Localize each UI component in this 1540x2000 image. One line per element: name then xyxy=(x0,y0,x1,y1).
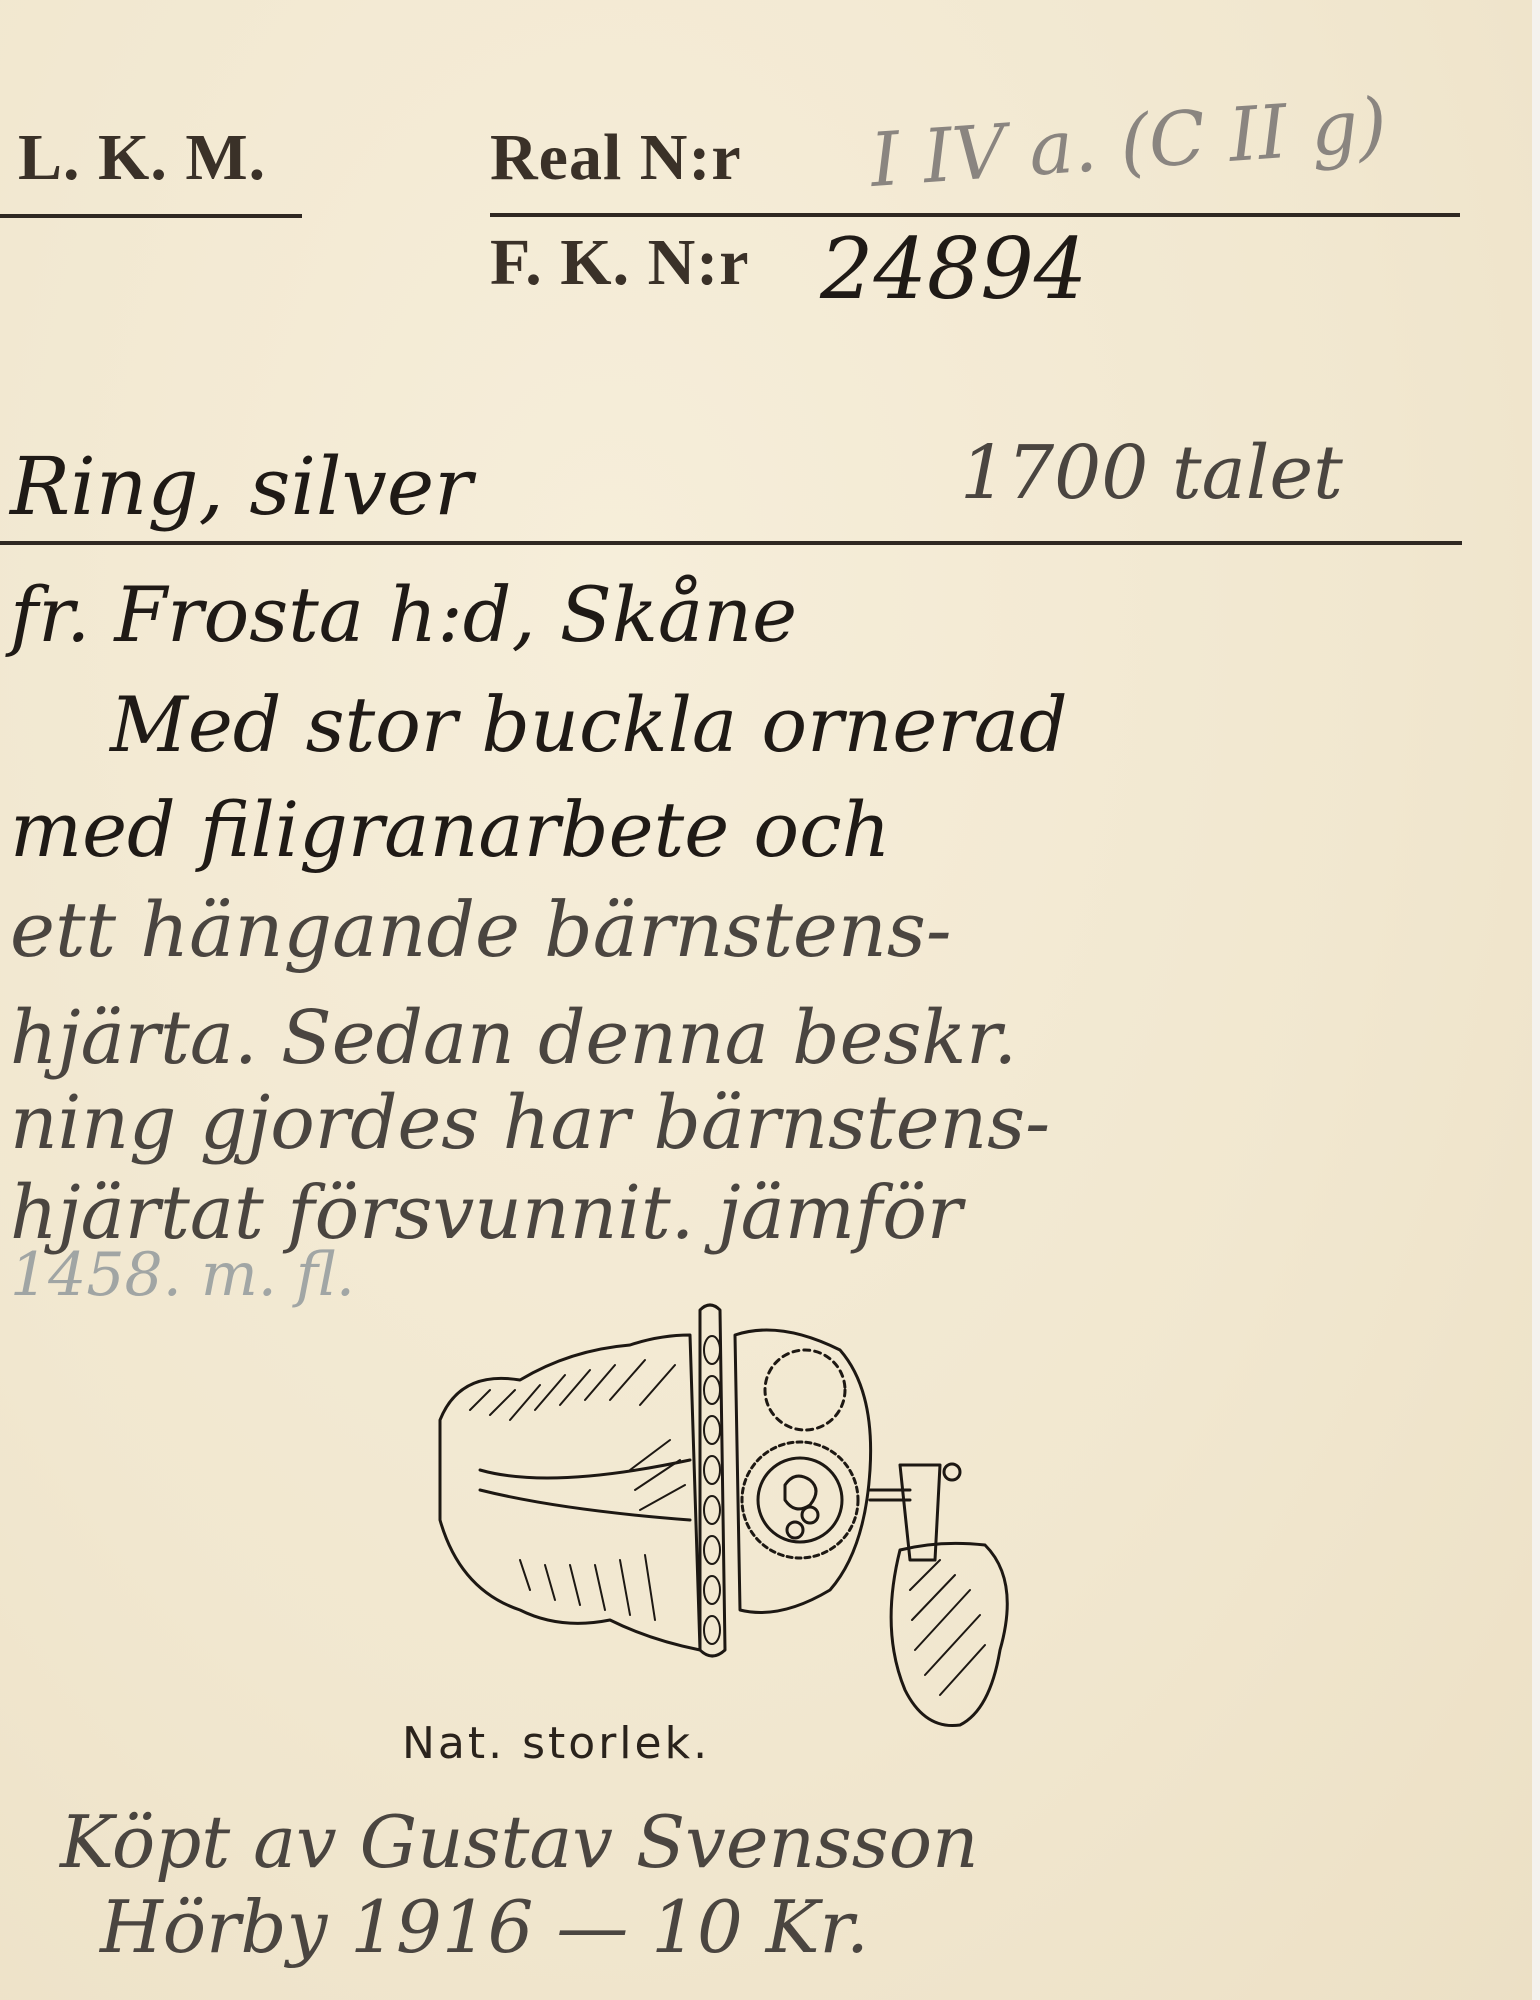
ring-illustration-icon xyxy=(400,1290,1080,1730)
provenance-line: fr. Frosta h:d, Skåne xyxy=(10,570,797,659)
object-title: Ring, silver xyxy=(10,440,472,533)
museum-label: L. K. M. xyxy=(18,120,266,196)
scan-edge xyxy=(1532,0,1540,2000)
catalog-card: L. K. M. Real N:r I IV a. (C II g) F. K.… xyxy=(0,0,1532,2000)
museum-label-rule xyxy=(0,214,302,218)
dating-note: 1700 talet xyxy=(960,430,1343,516)
description-line-1: Med stor buckla ornerad xyxy=(110,680,1068,769)
illustration-caption: Nat. storlek. xyxy=(402,1718,710,1769)
real-nr-value: I IV a. (C II g) xyxy=(868,82,1390,204)
description-line-7: 1458. m. fl. xyxy=(10,1240,355,1310)
acquisition-line-1: Köpt av Gustav Svensson xyxy=(60,1800,978,1884)
description-line-5: ning gjordes har bärnstens- xyxy=(10,1080,1050,1166)
description-line-3: ett hängande bärnstens- xyxy=(10,885,952,974)
real-nr-rule xyxy=(490,213,1460,217)
acquisition-line-2: Hörby 1916 — 10 Kr. xyxy=(100,1885,869,1969)
title-rule xyxy=(0,541,1462,545)
fk-nr-label: F. K. N:r xyxy=(490,225,750,301)
description-line-4: hjärta. Sedan denna beskr. xyxy=(10,995,1017,1081)
real-nr-label: Real N:r xyxy=(490,120,742,196)
description-line-2: med filigranarbete och xyxy=(10,785,891,874)
fk-nr-value: 24894 xyxy=(820,220,1087,318)
